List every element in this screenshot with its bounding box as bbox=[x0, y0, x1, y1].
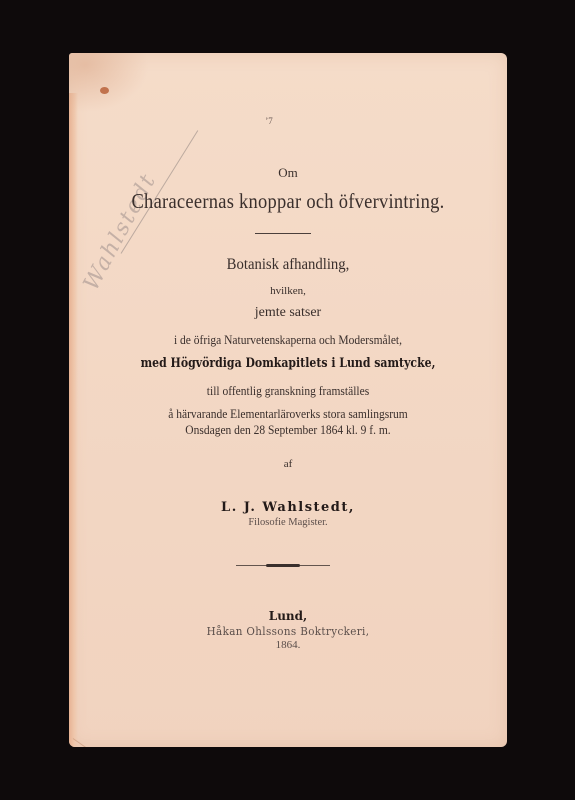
page-mark: ʼ7 bbox=[259, 116, 279, 126]
imprint-city: Lund, bbox=[69, 609, 507, 623]
line-jemte-satser: jemte satser bbox=[69, 305, 507, 321]
line-ofriga: i de öfriga Naturvetenskaperna och Moder… bbox=[87, 333, 490, 348]
ornament-center bbox=[266, 564, 300, 567]
line-samlingsrum: å härvarande Elementarläroverks stora sa… bbox=[87, 407, 490, 422]
title-intro: Om bbox=[69, 165, 507, 181]
corner-crease bbox=[73, 738, 123, 747]
title-divider bbox=[255, 233, 311, 234]
line-granskning: till offentlig granskning framställes bbox=[87, 384, 490, 399]
imprint-year: 1864. bbox=[69, 639, 507, 651]
document-title: Characeernas knoppar och öfvervintring. bbox=[95, 189, 480, 214]
line-date: Onsdagen den 28 September 1864 kl. 9 f. … bbox=[87, 423, 490, 438]
line-domkapitlets: med Högvördiga Domkapitlets i Lund samty… bbox=[104, 356, 472, 371]
page-top-stain bbox=[69, 53, 149, 113]
ornamental-rule bbox=[236, 564, 330, 567]
author-name: L. J. Wahlstedt, bbox=[69, 500, 507, 515]
document-page: Wahlstedt ʼ7 Om Characeernas knoppar och… bbox=[69, 53, 507, 747]
document-subtitle: Botanisk afhandling, bbox=[87, 256, 490, 274]
line-hvilken: hvilken, bbox=[69, 285, 507, 297]
author-degree: Filosofie Magister. bbox=[69, 517, 507, 528]
line-af: af bbox=[69, 458, 507, 470]
foxing-spot bbox=[100, 87, 109, 94]
imprint-printer: Håkan Ohlssons Boktryckeri, bbox=[91, 624, 485, 638]
